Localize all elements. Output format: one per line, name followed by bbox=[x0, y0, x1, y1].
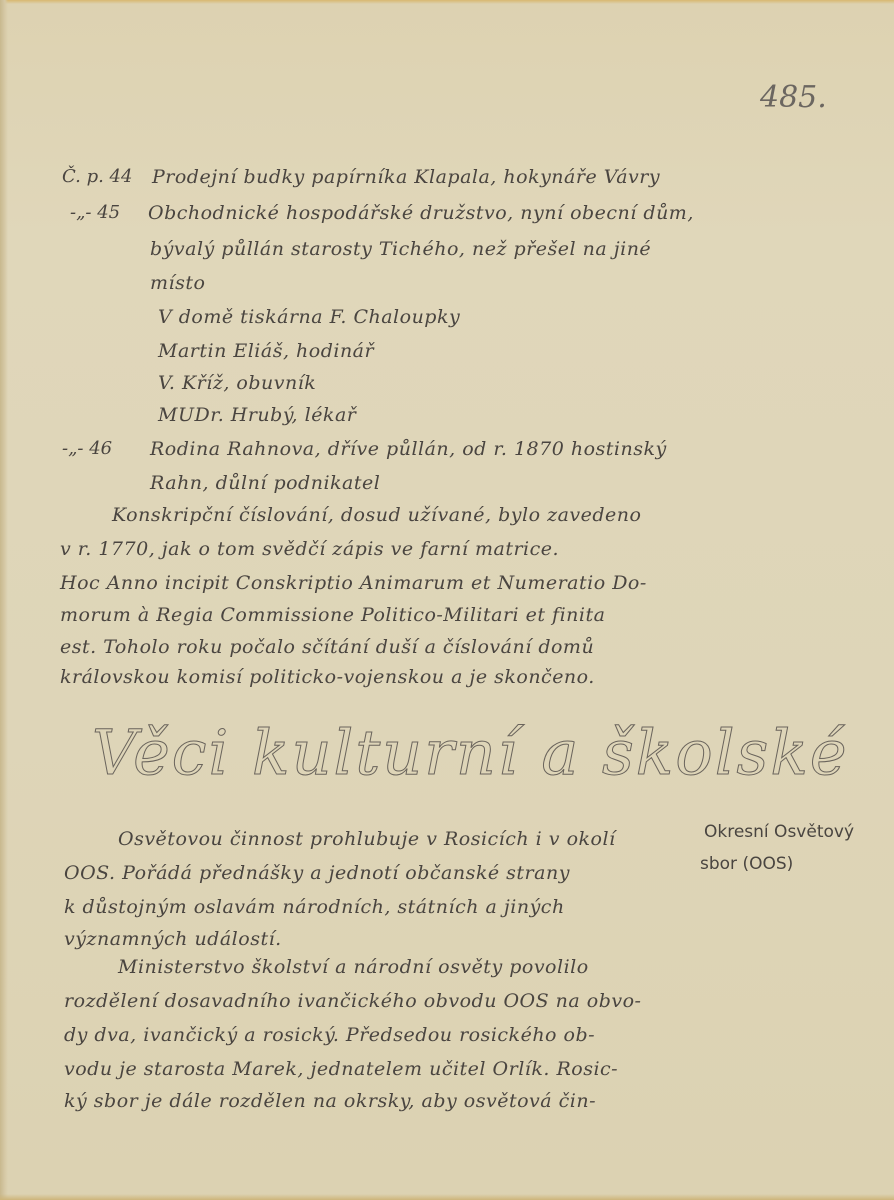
entry-45-line: Obchodnické hospodářské družstvo, nyní o… bbox=[148, 202, 694, 224]
paragraph-line: vodu je starosta Marek, jednatelem učite… bbox=[64, 1058, 618, 1080]
paragraph-line: rozdělení dosavadního ivančického obvodu… bbox=[64, 990, 641, 1012]
entry-45-line: Martin Eliáš, hodinář bbox=[158, 340, 374, 362]
entry-45-line: V domě tiskárna F. Chaloupky bbox=[158, 306, 460, 328]
entry-45-line: V. Kříž, obuvník bbox=[158, 372, 316, 394]
paragraph-line: královskou komisí politicko-vojenskou a … bbox=[60, 666, 595, 688]
paragraph-line: Konskripční číslování, dosud užívané, by… bbox=[112, 504, 641, 526]
paragraph-line: významných událostí. bbox=[64, 928, 282, 950]
page-top-edge bbox=[0, 0, 894, 4]
manuscript-page: 485. Č. p. 44 Prodejní budky papírníka K… bbox=[0, 0, 894, 1200]
paragraph-line: morum à Regia Commissione Politico-Milit… bbox=[60, 604, 605, 626]
paragraph-line: Osvětovou činnost prohlubuje v Rosicích … bbox=[118, 828, 616, 850]
entry-46-line: Rahn, důlní podnikatel bbox=[150, 472, 380, 494]
entry-46-line: Rodina Rahnova, dříve půllán, od r. 1870… bbox=[150, 438, 667, 460]
page-bottom-edge bbox=[0, 1194, 894, 1200]
paragraph-line: ký sbor je dále rozdělen na okrsky, aby … bbox=[64, 1090, 596, 1112]
paragraph-line: est. Toholo roku počalo sčítání duší a č… bbox=[60, 636, 594, 658]
paragraph-line: Ministerstvo školství a národní osvěty p… bbox=[118, 956, 589, 978]
entry-45-line: MUDr. Hrubý, lékař bbox=[158, 404, 356, 426]
page-number: 485. bbox=[760, 80, 827, 115]
entry-label-45: -„- 45 bbox=[70, 202, 120, 223]
section-heading: Věci kulturní a školské bbox=[92, 716, 849, 789]
paragraph-line: OOS. Pořádá přednášky a jednotí občanské… bbox=[64, 862, 570, 884]
margin-note: sbor (OOS) bbox=[700, 854, 793, 874]
paragraph-line: v r. 1770, jak o tom svědčí zápis ve far… bbox=[60, 538, 559, 560]
entry-label-46: -„- 46 bbox=[62, 438, 112, 459]
entry-45-line: bývalý půllán starosty Tichého, než přeš… bbox=[150, 238, 651, 260]
paragraph-line: dy dva, ivančický a rosický. Předsedou r… bbox=[64, 1024, 595, 1046]
entry-44-line: Prodejní budky papírníka Klapala, hokyná… bbox=[152, 166, 660, 188]
entry-45-line: místo bbox=[150, 272, 205, 294]
page-binding-edge bbox=[0, 0, 8, 1200]
margin-note: Okresní Osvětový bbox=[704, 822, 854, 842]
entry-label-44: Č. p. 44 bbox=[62, 166, 132, 187]
paragraph-line: Hoc Anno incipit Conskriptio Animarum et… bbox=[60, 572, 647, 594]
paragraph-line: k důstojným oslavám národních, státních … bbox=[64, 896, 565, 918]
